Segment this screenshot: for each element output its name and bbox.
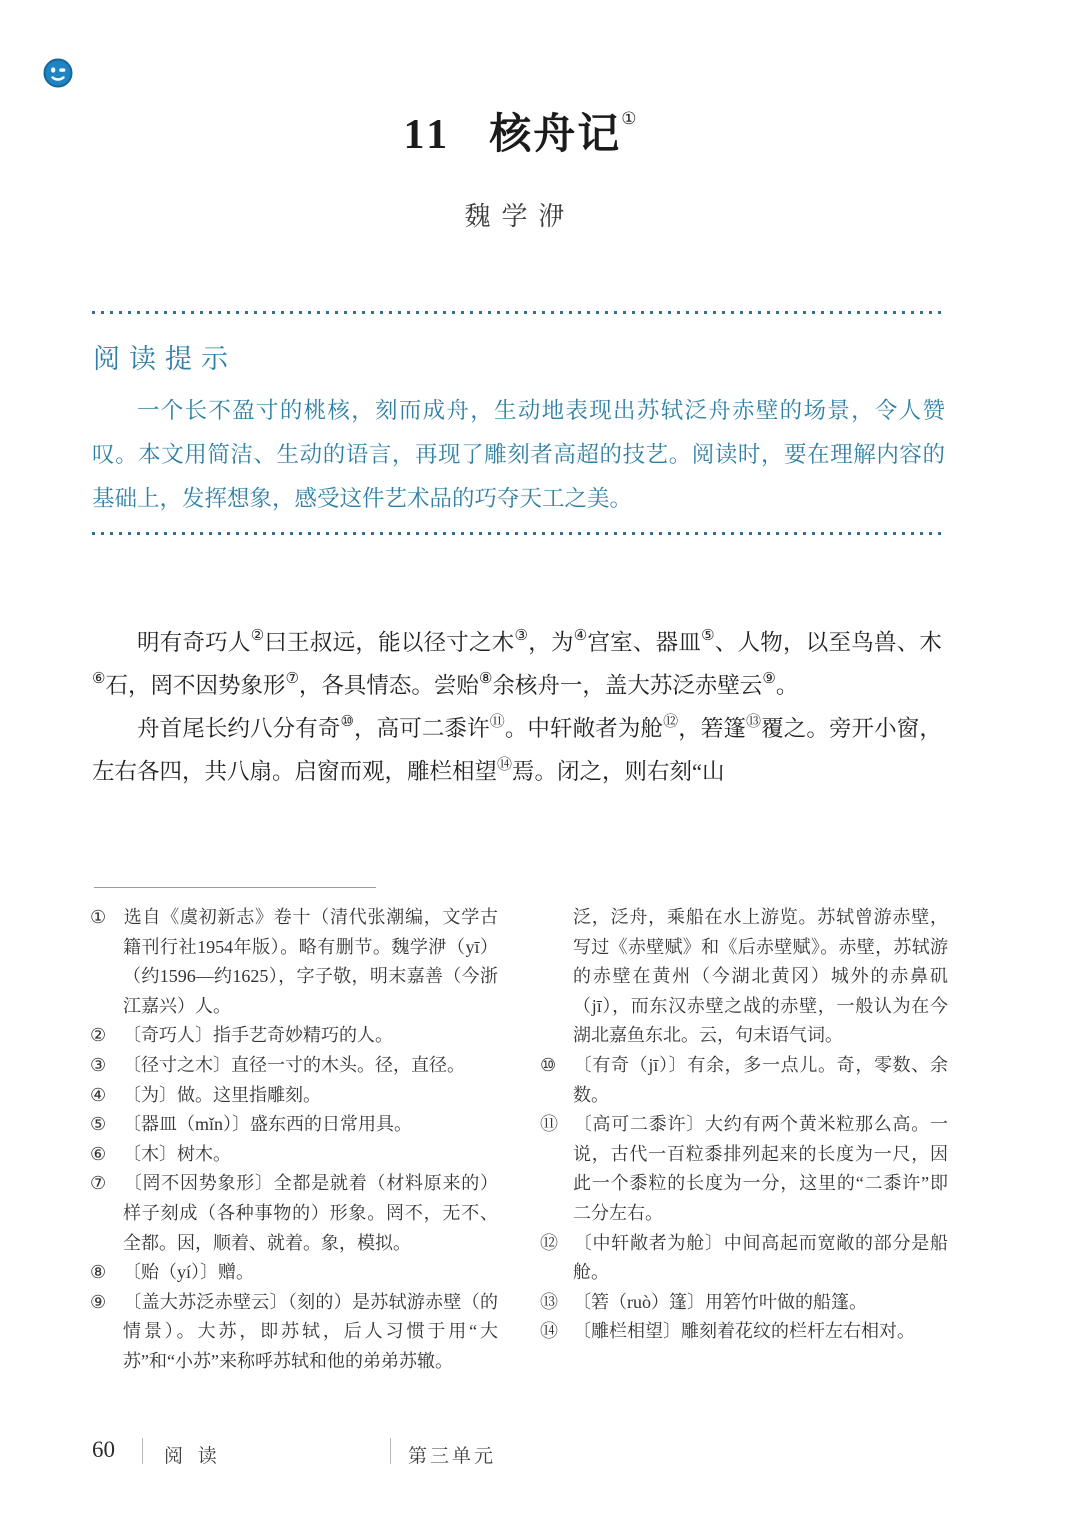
footnote-item: ⑪〔高可二黍许〕大约有两个黄米粒那么高。一说，古代一百粒黍排列起来的长度为一尺，… bbox=[540, 1110, 948, 1228]
footnote-item: ⑬〔箬（ruò）篷〕用箬竹叶做的船篷。 bbox=[540, 1288, 948, 1318]
footnote-ref: ⑤ bbox=[701, 628, 715, 644]
footnote-ref: ④ bbox=[574, 628, 588, 644]
footnote-ref: ⑩ bbox=[340, 714, 354, 730]
title-footnote-ref: ① bbox=[621, 109, 636, 128]
footer-divider-bar-1 bbox=[142, 1438, 143, 1464]
footnote-item: ⑩〔有奇（jī）〕有余，多一点儿。奇，零数、余数。 bbox=[540, 1051, 948, 1110]
footnote-item: ⑥〔木〕树木。 bbox=[90, 1140, 498, 1170]
textbook-page: 11核舟记① 魏学洢 阅读提示 一个长不盈寸的桃核，刻而成舟，生动地表现出苏轼泛… bbox=[0, 0, 1080, 1526]
footnote-item: ⑭〔雕栏相望〕雕刻着花纹的栏杆左右相对。 bbox=[540, 1317, 948, 1347]
footnote-number: ⑨ bbox=[90, 1288, 123, 1318]
footnote-item: ⑦〔罔不因势象形〕全都是就着（材料原来的）样子刻成（各种事物的）形象。罔不，无不… bbox=[90, 1169, 498, 1258]
author-name: 魏学洢 bbox=[92, 196, 948, 233]
footnote-number: ③ bbox=[90, 1051, 123, 1081]
footnote-number: ⑥ bbox=[90, 1140, 123, 1170]
footnote-ref: ⑫ bbox=[663, 714, 678, 730]
dotted-divider-bottom bbox=[92, 532, 945, 535]
lesson-title-text: 核舟记 bbox=[489, 112, 621, 158]
main-text: 明有奇巧人②曰王叔远，能以径寸之木③，为④宫室、器皿⑤、人物，以至鸟兽、木⑥石，… bbox=[92, 621, 942, 793]
footnote-item: ⑧〔贻（yí）〕赠。 bbox=[90, 1258, 498, 1288]
body-paragraph: 舟首尾长约八分有奇⑩，高可二黍许⑪。中轩敞者为舱⑫，箬篷⑬覆之。旁开小窗，左右各… bbox=[92, 707, 942, 793]
footer-unit-label: 第三单元 bbox=[408, 1441, 496, 1468]
footnote-ref: ⑪ bbox=[490, 714, 505, 730]
footnote-number: ② bbox=[90, 1021, 123, 1051]
footnote-continuation: 泛，泛舟，乘船在水上游览。苏轼曾游赤壁，写过《赤壁赋》和《后赤壁赋》。赤壁，苏轼… bbox=[540, 903, 948, 1051]
footnote-number: ⑫ bbox=[540, 1229, 573, 1259]
lesson-title: 11核舟记① bbox=[92, 101, 948, 161]
footnote-item: ⑨〔盖大苏泛赤壁云〕（刻的）是苏轼游赤壁（的情景）。大苏，即苏轼，后人习惯于用“… bbox=[90, 1288, 498, 1377]
smiley-face-icon bbox=[42, 57, 74, 89]
footnote-number: ⑦ bbox=[90, 1169, 123, 1199]
lesson-number: 11 bbox=[404, 112, 452, 158]
footnote-item: ⑫〔中轩敞者为舱〕中间高起而宽敞的部分是船舱。 bbox=[540, 1229, 948, 1288]
footnote-item: ①选自《虞初新志》卷十（清代张潮编，文学古籍刊行社1954年版）。略有删节。魏学… bbox=[90, 903, 498, 1021]
footer-divider-bar-2 bbox=[390, 1438, 391, 1464]
footnote-ref: ⑨ bbox=[762, 671, 775, 687]
footnote-separator-line bbox=[94, 887, 376, 888]
footnote-ref: ⑦ bbox=[285, 671, 298, 687]
footnote-number: ⑩ bbox=[540, 1051, 573, 1081]
footnote-ref: ⑬ bbox=[746, 714, 761, 730]
footnote-number: ⑧ bbox=[90, 1258, 123, 1288]
footnote-ref: ③ bbox=[515, 628, 529, 644]
reading-hint-body: 一个长不盈寸的桃核，刻而成舟，生动地表现出苏轼泛舟赤壁的场景，令人赞叹。本文用简… bbox=[92, 389, 945, 521]
body-paragraph: 明有奇巧人②曰王叔远，能以径寸之木③，为④宫室、器皿⑤、人物，以至鸟兽、木⑥石，… bbox=[92, 621, 942, 707]
reading-hint-paragraph: 一个长不盈寸的桃核，刻而成舟，生动地表现出苏轼泛舟赤壁的场景，令人赞叹。本文用简… bbox=[92, 389, 945, 521]
dotted-divider-top bbox=[92, 311, 945, 314]
footnote-item: ④〔为〕做。这里指雕刻。 bbox=[90, 1081, 498, 1111]
footnote-ref: ⑥ bbox=[92, 671, 105, 687]
footnotes-left-column: ①选自《虞初新志》卷十（清代张潮编，文学古籍刊行社1954年版）。略有删节。魏学… bbox=[90, 903, 498, 1377]
reading-hint-heading: 阅读提示 bbox=[93, 337, 237, 376]
footnote-ref: ⑭ bbox=[497, 757, 512, 773]
footnote-ref: ⑧ bbox=[479, 671, 492, 687]
page-number: 60 bbox=[92, 1437, 115, 1463]
footnote-number: ⑬ bbox=[540, 1288, 573, 1318]
footnote-number: ⑤ bbox=[90, 1110, 123, 1140]
footnote-number: ⑭ bbox=[540, 1317, 573, 1347]
page-footer: 60 阅 读 第三单元 bbox=[90, 1437, 950, 1469]
footnote-item: ⑤〔器皿（mǐn）〕盛东西的日常用具。 bbox=[90, 1110, 498, 1140]
footnotes-right-column: 泛，泛舟，乘船在水上游览。苏轼曾游赤壁，写过《赤壁赋》和《后赤壁赋》。赤壁，苏轼… bbox=[540, 903, 948, 1377]
footnote-item: ③〔径寸之木〕直径一寸的木头。径，直径。 bbox=[90, 1051, 498, 1081]
footnote-ref: ② bbox=[251, 628, 265, 644]
footer-section-label: 阅 读 bbox=[164, 1441, 222, 1468]
footnotes: ①选自《虞初新志》卷十（清代张潮编，文学古籍刊行社1954年版）。略有删节。魏学… bbox=[90, 903, 948, 1377]
footnote-number: ① bbox=[90, 903, 123, 933]
footnote-item: ②〔奇巧人〕指手艺奇妙精巧的人。 bbox=[90, 1021, 498, 1051]
footnote-number: ④ bbox=[90, 1081, 123, 1111]
footnote-number: ⑪ bbox=[540, 1110, 573, 1140]
